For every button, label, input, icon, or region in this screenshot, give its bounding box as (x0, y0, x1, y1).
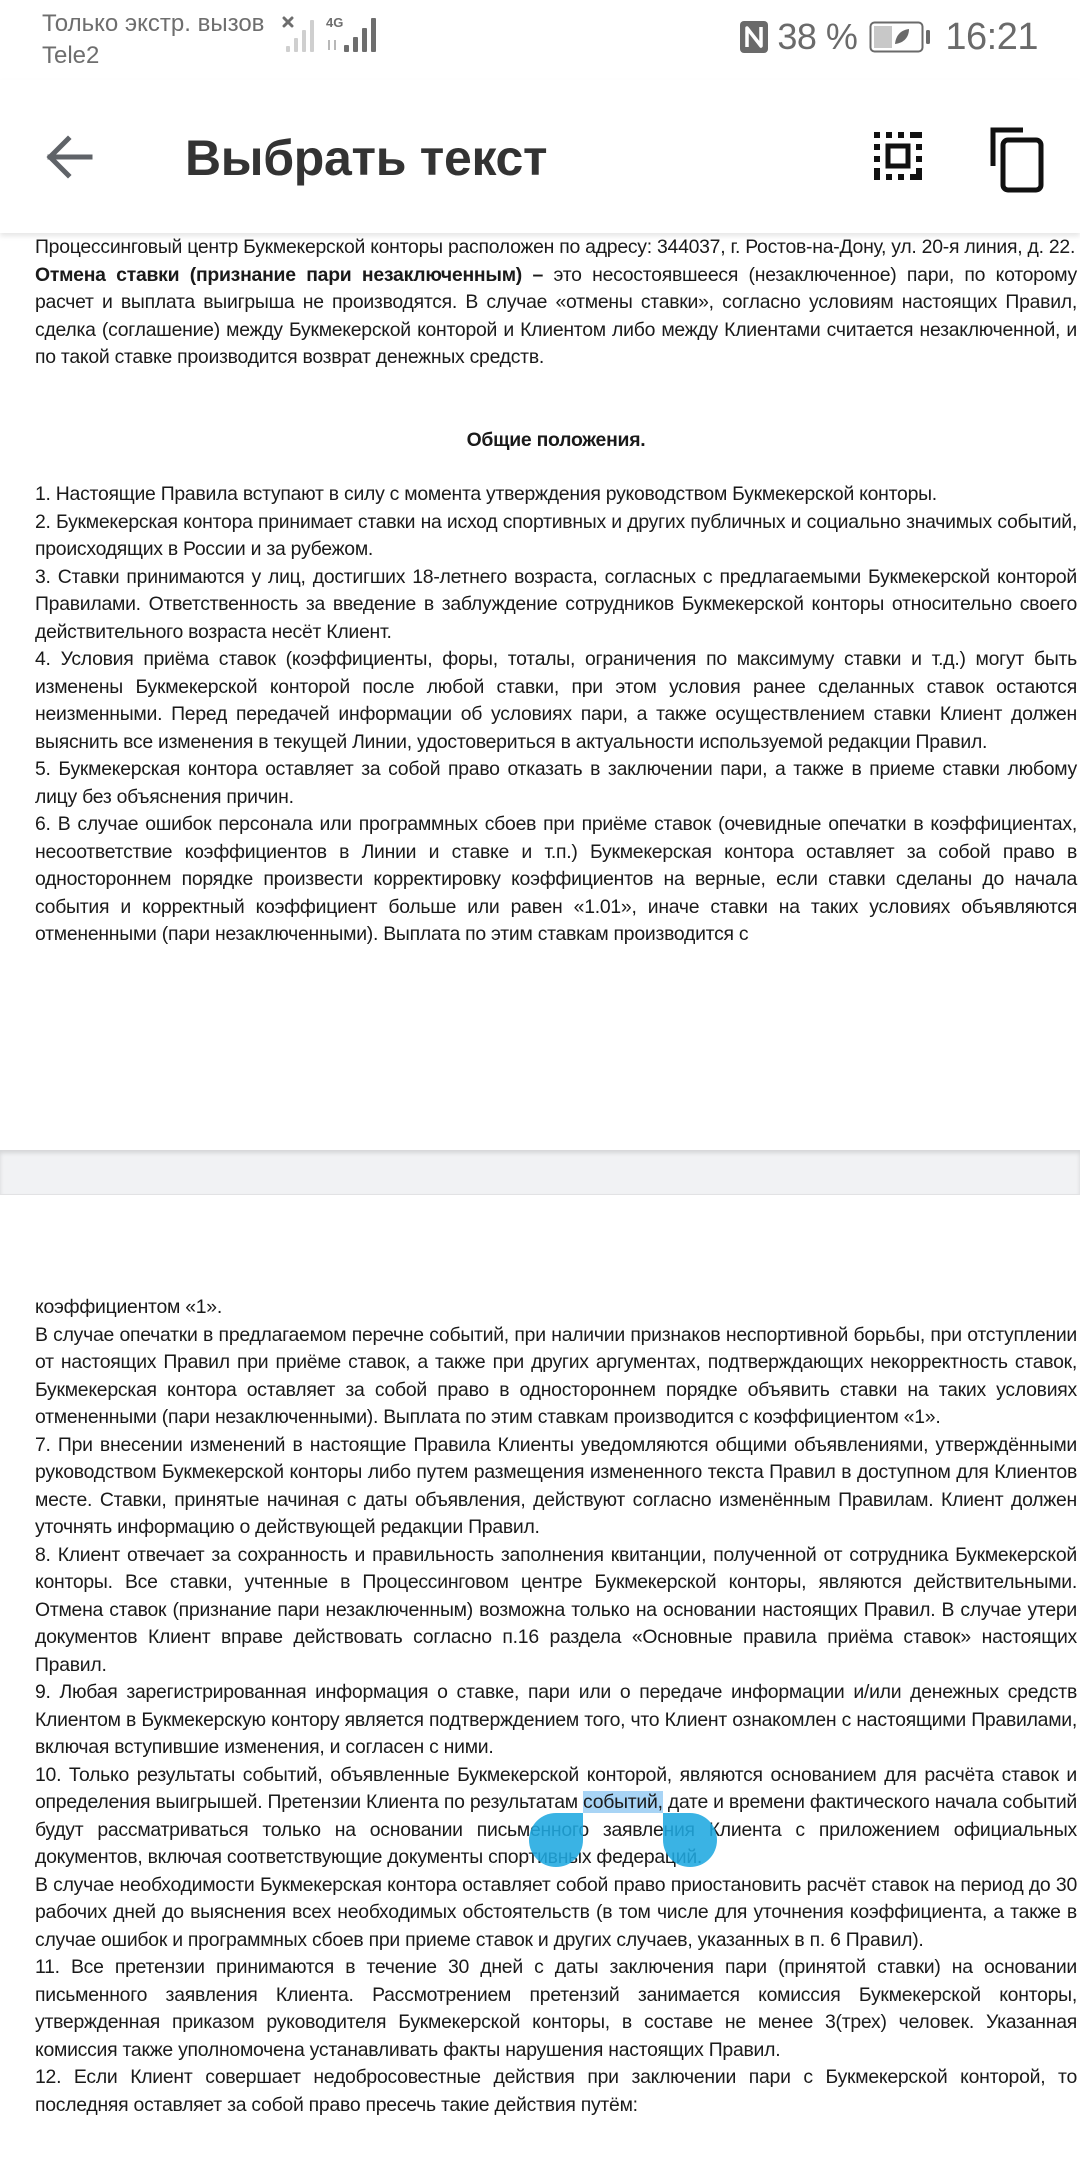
list-item[interactable]: В случае необходимости Букмекерская конт… (35, 1872, 1077, 1955)
selection-handle-end[interactable] (663, 1813, 717, 1867)
network-type-label: 4G (326, 15, 343, 30)
document-text[interactable]: Процессинговый центр Букмекерской контор… (35, 234, 1077, 949)
status-right: 38 % 16:21 (739, 14, 1038, 60)
document-page-1: Процессинговый центр Букмекерской контор… (0, 233, 1080, 1150)
list-item[interactable]: 4. Условия приёма ставок (коэффициенты, … (35, 646, 1077, 756)
carrier-info: Только экстр. вызов Tele2 (42, 8, 264, 72)
list-item[interactable]: 1. Настоящие Правила вступают в силу с м… (35, 481, 1077, 509)
carrier-status: Только экстр. вызов (42, 8, 264, 40)
copy-icon (985, 124, 1049, 194)
battery-percent: 38 % (777, 16, 857, 58)
copy-button[interactable] (985, 124, 1049, 194)
nfc-icon (739, 20, 769, 54)
no-sim-x-icon (284, 18, 292, 26)
document-page-2: коэффициентом «1». В случае опечатки в п… (0, 1195, 1080, 2160)
list-item[interactable]: 2. Букмекерская контора принимает ставки… (35, 509, 1077, 564)
leaf-icon (895, 29, 909, 44)
continuation-line[interactable]: коэффициентом «1». (35, 1294, 1077, 1322)
list-item[interactable]: 3. Ставки принимаются у лиц, достигших 1… (35, 564, 1077, 647)
back-button[interactable] (40, 130, 100, 184)
selection-handle-start[interactable] (529, 1813, 583, 1867)
definition-paragraph[interactable]: Отмена ставки (признание пари незаключен… (35, 262, 1077, 372)
list-item[interactable]: 5. Букмекерская контора оставляет за соб… (35, 756, 1077, 811)
signal-icon: 4G (282, 14, 392, 56)
signal-bars-sim2-icon (344, 18, 376, 52)
status-bar: Только экстр. вызов Tele2 4G (0, 0, 1080, 80)
list-item[interactable]: 7. При внесении изменений в настоящие Пр… (35, 1432, 1077, 1542)
selected-text[interactable]: событий, (583, 1791, 663, 1813)
page-separator (0, 1150, 1080, 1195)
select-all-icon (866, 124, 930, 188)
section-heading[interactable]: Общие положения. (35, 427, 1077, 455)
document-text[interactable]: коэффициентом «1». В случае опечатки в п… (35, 1294, 1077, 2119)
list-item[interactable]: 6. В случае ошибок персонала или програм… (35, 811, 1077, 949)
page-title: Выбрать текст (185, 123, 547, 193)
list-item[interactable]: 9. Любая зарегистрированная информация о… (35, 1679, 1077, 1762)
app-bar: Выбрать текст (0, 80, 1080, 233)
arrow-back-icon (40, 130, 100, 184)
list-item[interactable]: 8. Клиент отвечает за сохранность и прав… (35, 1542, 1077, 1680)
list-item[interactable]: 12. Если Клиент совершает недобросовестн… (35, 2064, 1077, 2119)
select-all-button[interactable] (866, 124, 930, 188)
list-item[interactable]: 11. Все претензии принимаются в течение … (35, 1954, 1077, 2064)
clock: 16:21 (945, 16, 1038, 59)
intro-paragraph[interactable]: Процессинговый центр Букмекерской контор… (35, 234, 1077, 262)
carrier-name: Tele2 (42, 40, 264, 72)
list-item[interactable]: В случае опечатки в предлагаемом перечне… (35, 1322, 1077, 1432)
definition-term[interactable]: Отмена ставки (признание пари незаключен… (35, 264, 543, 286)
battery-icon (869, 20, 933, 54)
